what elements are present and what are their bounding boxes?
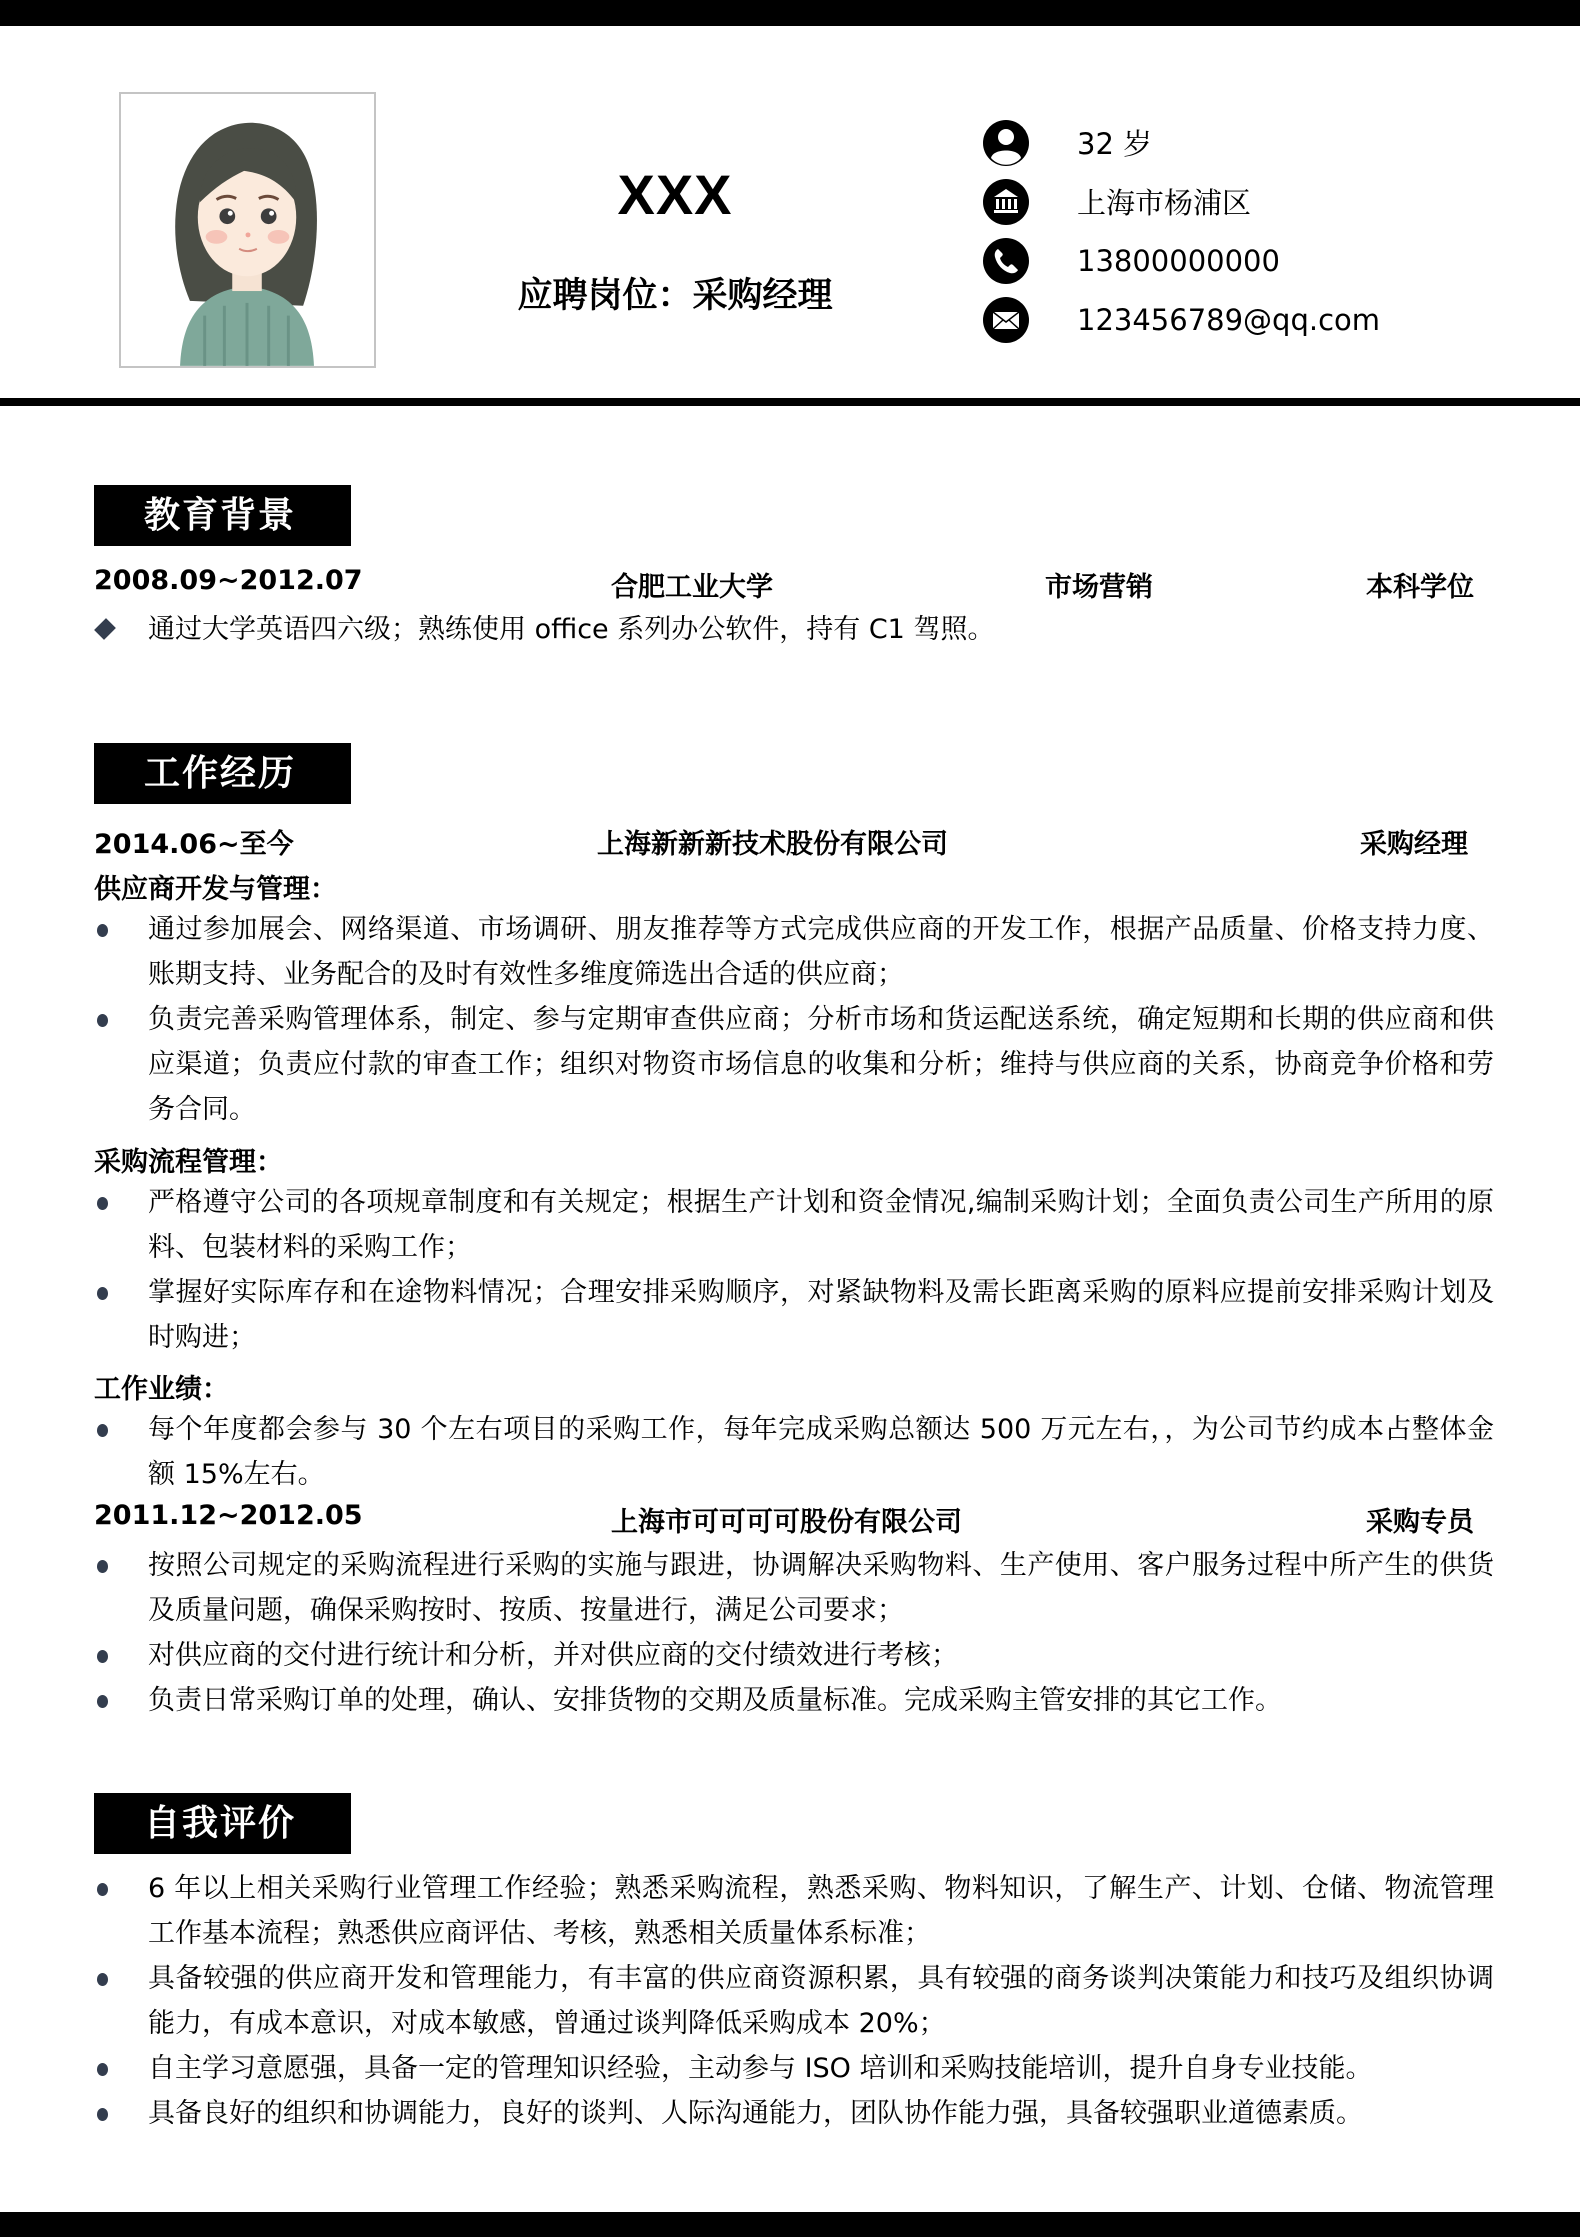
bullet-dot-icon	[97, 1287, 108, 1300]
candidate-name: XXX	[520, 162, 830, 227]
education-notes: 通过大学英语四六级；熟练使用 office 系列办公软件，持有 C1 驾照。	[94, 607, 1494, 652]
list-item: 按照公司规定的采购流程进行采购的实施与跟进，协调解决采购物料、生产使用、客户服务…	[94, 1543, 1494, 1633]
job-company: 上海市可可可可股份有限公司	[611, 1500, 962, 1539]
avatar-photo	[119, 92, 376, 368]
mail-icon	[983, 297, 1029, 343]
bullet-dot-icon	[97, 1883, 108, 1896]
self-eval-list: 6 年以上相关采购行业管理工作经验；熟悉采购流程，熟悉采购、物料知识，了解生产、…	[94, 1866, 1494, 2136]
bullet-dot-icon	[97, 1014, 108, 1027]
list-item: 具备良好的组织和协调能力，良好的谈判、人际沟通能力，团队协作能力强，具备较强职业…	[94, 2091, 1494, 2136]
bullet-dot-icon	[97, 1973, 108, 1986]
bullet-dot-icon	[97, 1424, 108, 1437]
list-item: 具备较强的供应商开发和管理能力，有丰富的供应商资源积累，具有较强的商务谈判决策能…	[94, 1956, 1494, 2046]
phone-icon	[983, 238, 1029, 284]
list-item: 严格遵守公司的各项规章制度和有关规定；根据生产计划和资金情况,编制采购计划；全面…	[94, 1180, 1494, 1270]
location-text: 上海市杨浦区	[1077, 181, 1251, 222]
avatar-illustration	[121, 94, 374, 366]
section-title-education: 教育背景	[94, 485, 351, 546]
list-item: 自主学习意愿强，具备一定的管理知识经验，主动参与 ISO 培训和采购技能培训，提…	[94, 2046, 1494, 2091]
header-divider	[0, 398, 1580, 406]
list-item: 每个年度都会参与 30 个左右项目的采购工作，每年完成采购总额达 500 万元左…	[94, 1407, 1494, 1497]
subheading: 供应商开发与管理：	[94, 867, 337, 906]
contact-location: 上海市杨浦区	[983, 172, 1503, 231]
contact-phone: 13800000000	[983, 231, 1503, 290]
job1-group1-list: 通过参加展会、网络渠道、市场调研、朋友推荐等方式完成供应商的开发工作，根据产品质…	[94, 907, 1494, 1132]
bullet-dot-icon	[97, 1650, 108, 1663]
list-item: 对供应商的交付进行统计和分析，并对供应商的交付绩效进行考核；	[94, 1633, 1494, 1678]
person-icon	[983, 120, 1029, 166]
job1-group2-list: 严格遵守公司的各项规章制度和有关规定；根据生产计划和资金情况,编制采购计划；全面…	[94, 1180, 1494, 1360]
education-degree: 本科学位	[1366, 565, 1474, 604]
list-item: 掌握好实际库存和在途物料情况；合理安排采购顺序，对紧缺物料及需长距离采购的原料应…	[94, 1270, 1494, 1360]
job-row-1: 2014.06~至今 上海新新新技术股份有限公司 采购经理	[94, 822, 1480, 862]
section-title-work: 工作经历	[94, 743, 351, 804]
bullet-dot-icon	[97, 2108, 108, 2121]
education-school: 合肥工业大学	[611, 565, 773, 604]
list-item: 负责日常采购订单的处理，确认、安排货物的交期及质量标准。完成采购主管安排的其它工…	[94, 1678, 1494, 1723]
diamond-bullet-icon	[94, 618, 116, 640]
job-role: 采购经理	[1360, 822, 1468, 861]
job-company: 上海新新新技术股份有限公司	[597, 822, 948, 861]
bullet-dot-icon	[97, 1695, 108, 1708]
list-item: 通过大学英语四六级；熟练使用 office 系列办公软件，持有 C1 驾照。	[94, 607, 1494, 652]
job-period: 2014.06~至今	[94, 822, 294, 861]
bank-icon	[983, 179, 1029, 225]
education-period: 2008.09~2012.07	[94, 565, 363, 596]
email-text[interactable]: 123456789@qq.com	[1077, 303, 1380, 337]
section-title-self-evaluation: 自我评价	[94, 1793, 351, 1854]
list-item: 6 年以上相关采购行业管理工作经验；熟悉采购流程，熟悉采购、物料知识，了解生产、…	[94, 1866, 1494, 1956]
contact-info: 32 岁 上海市杨浦区 13800000000 123456789@qq.com	[983, 113, 1503, 349]
education-row: 2008.09~2012.07 合肥工业大学 市场营销 本科学位	[94, 565, 1480, 605]
job-row-2: 2011.12~2012.05 上海市可可可可股份有限公司 采购专员	[94, 1500, 1480, 1540]
list-item: 通过参加展会、网络渠道、市场调研、朋友推荐等方式完成供应商的开发工作，根据产品质…	[94, 907, 1494, 997]
bullet-dot-icon	[97, 924, 108, 937]
top-bar	[0, 0, 1580, 26]
age-text: 32 岁	[1077, 122, 1152, 163]
applied-position: 应聘岗位：采购经理	[470, 268, 880, 318]
bottom-bar	[0, 2212, 1580, 2237]
list-item: 负责完善采购管理体系，制定、参与定期审查供应商；分析市场和货运配送系统，确定短期…	[94, 997, 1494, 1132]
phone-text[interactable]: 13800000000	[1077, 244, 1280, 278]
bullet-dot-icon	[97, 2063, 108, 2076]
contact-age: 32 岁	[983, 113, 1503, 172]
job-role: 采购专员	[1366, 1500, 1474, 1539]
job1-group3-list: 每个年度都会参与 30 个左右项目的采购工作，每年完成采购总额达 500 万元左…	[94, 1407, 1494, 1497]
bullet-dot-icon	[97, 1560, 108, 1573]
job2-list: 按照公司规定的采购流程进行采购的实施与跟进，协调解决采购物料、生产使用、客户服务…	[94, 1543, 1494, 1723]
subheading: 工作业绩：	[94, 1367, 229, 1406]
contact-email: 123456789@qq.com	[983, 290, 1503, 349]
bullet-dot-icon	[97, 1197, 108, 1210]
education-major: 市场营销	[1045, 565, 1153, 604]
job-period: 2011.12~2012.05	[94, 1500, 363, 1531]
subheading: 采购流程管理：	[94, 1140, 283, 1179]
